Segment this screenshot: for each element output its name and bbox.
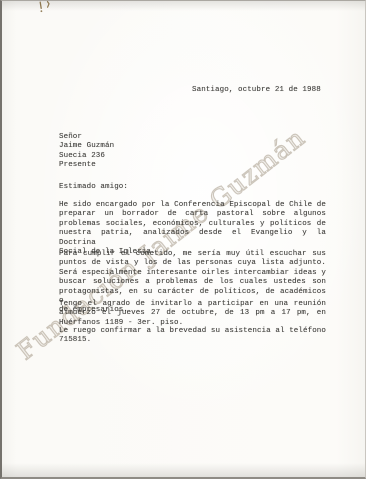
text-line: Para cumplir el cometido, me sería muy ú…: [59, 250, 326, 259]
text-line: He sido encargado por la Conferencia Epi…: [59, 201, 326, 210]
paragraph-1: He sido encargado por la Conferencia Epi…: [59, 201, 326, 257]
scanned-letter-page: Fundación Jaime Guzmán Santiago, octubre…: [0, 0, 366, 479]
date-line: Santiago, octubre 21 de 1988: [192, 86, 321, 95]
text-line: Le ruego confirmar a la brevedad su asis…: [59, 327, 326, 336]
text-line: Presente: [59, 161, 326, 170]
text-line: Tengo el agrado de invitarlo a participa…: [59, 300, 326, 309]
text-line: Suecia 236: [59, 152, 326, 161]
text-line: problemas sociales, económicos, cultural…: [59, 220, 326, 229]
text-line: Señor: [59, 133, 326, 142]
text-line: almuerzo el jueves 27 de octubre, de 13 …: [59, 309, 326, 318]
paragraph-4: Le ruego confirmar a la brevedad su asis…: [59, 327, 326, 346]
text-line: puntos de vista y los de las personas cu…: [59, 259, 326, 268]
text-line: nuestra patria, analizados desde el Evan…: [59, 229, 326, 248]
pen-tick-marks-icon: [36, 1, 60, 19]
text-line: buscar soluciones a problemas de los cua…: [59, 278, 326, 287]
text-line: preparar un borrador de carta pastoral s…: [59, 210, 326, 219]
salutation: Estimado amigo:: [59, 183, 128, 192]
text-line: 715815.: [59, 336, 326, 345]
scan-edge-shadow-bottom: [2, 463, 365, 477]
text-line: Jaime Guzmán: [59, 142, 326, 151]
recipient-block: SeñorJaime GuzmánSuecia 236Presente: [59, 133, 326, 171]
text-line: Será especialmente interesante oirles in…: [59, 269, 326, 278]
paragraph-3: Tengo el agrado de invitarlo a participa…: [59, 300, 326, 328]
